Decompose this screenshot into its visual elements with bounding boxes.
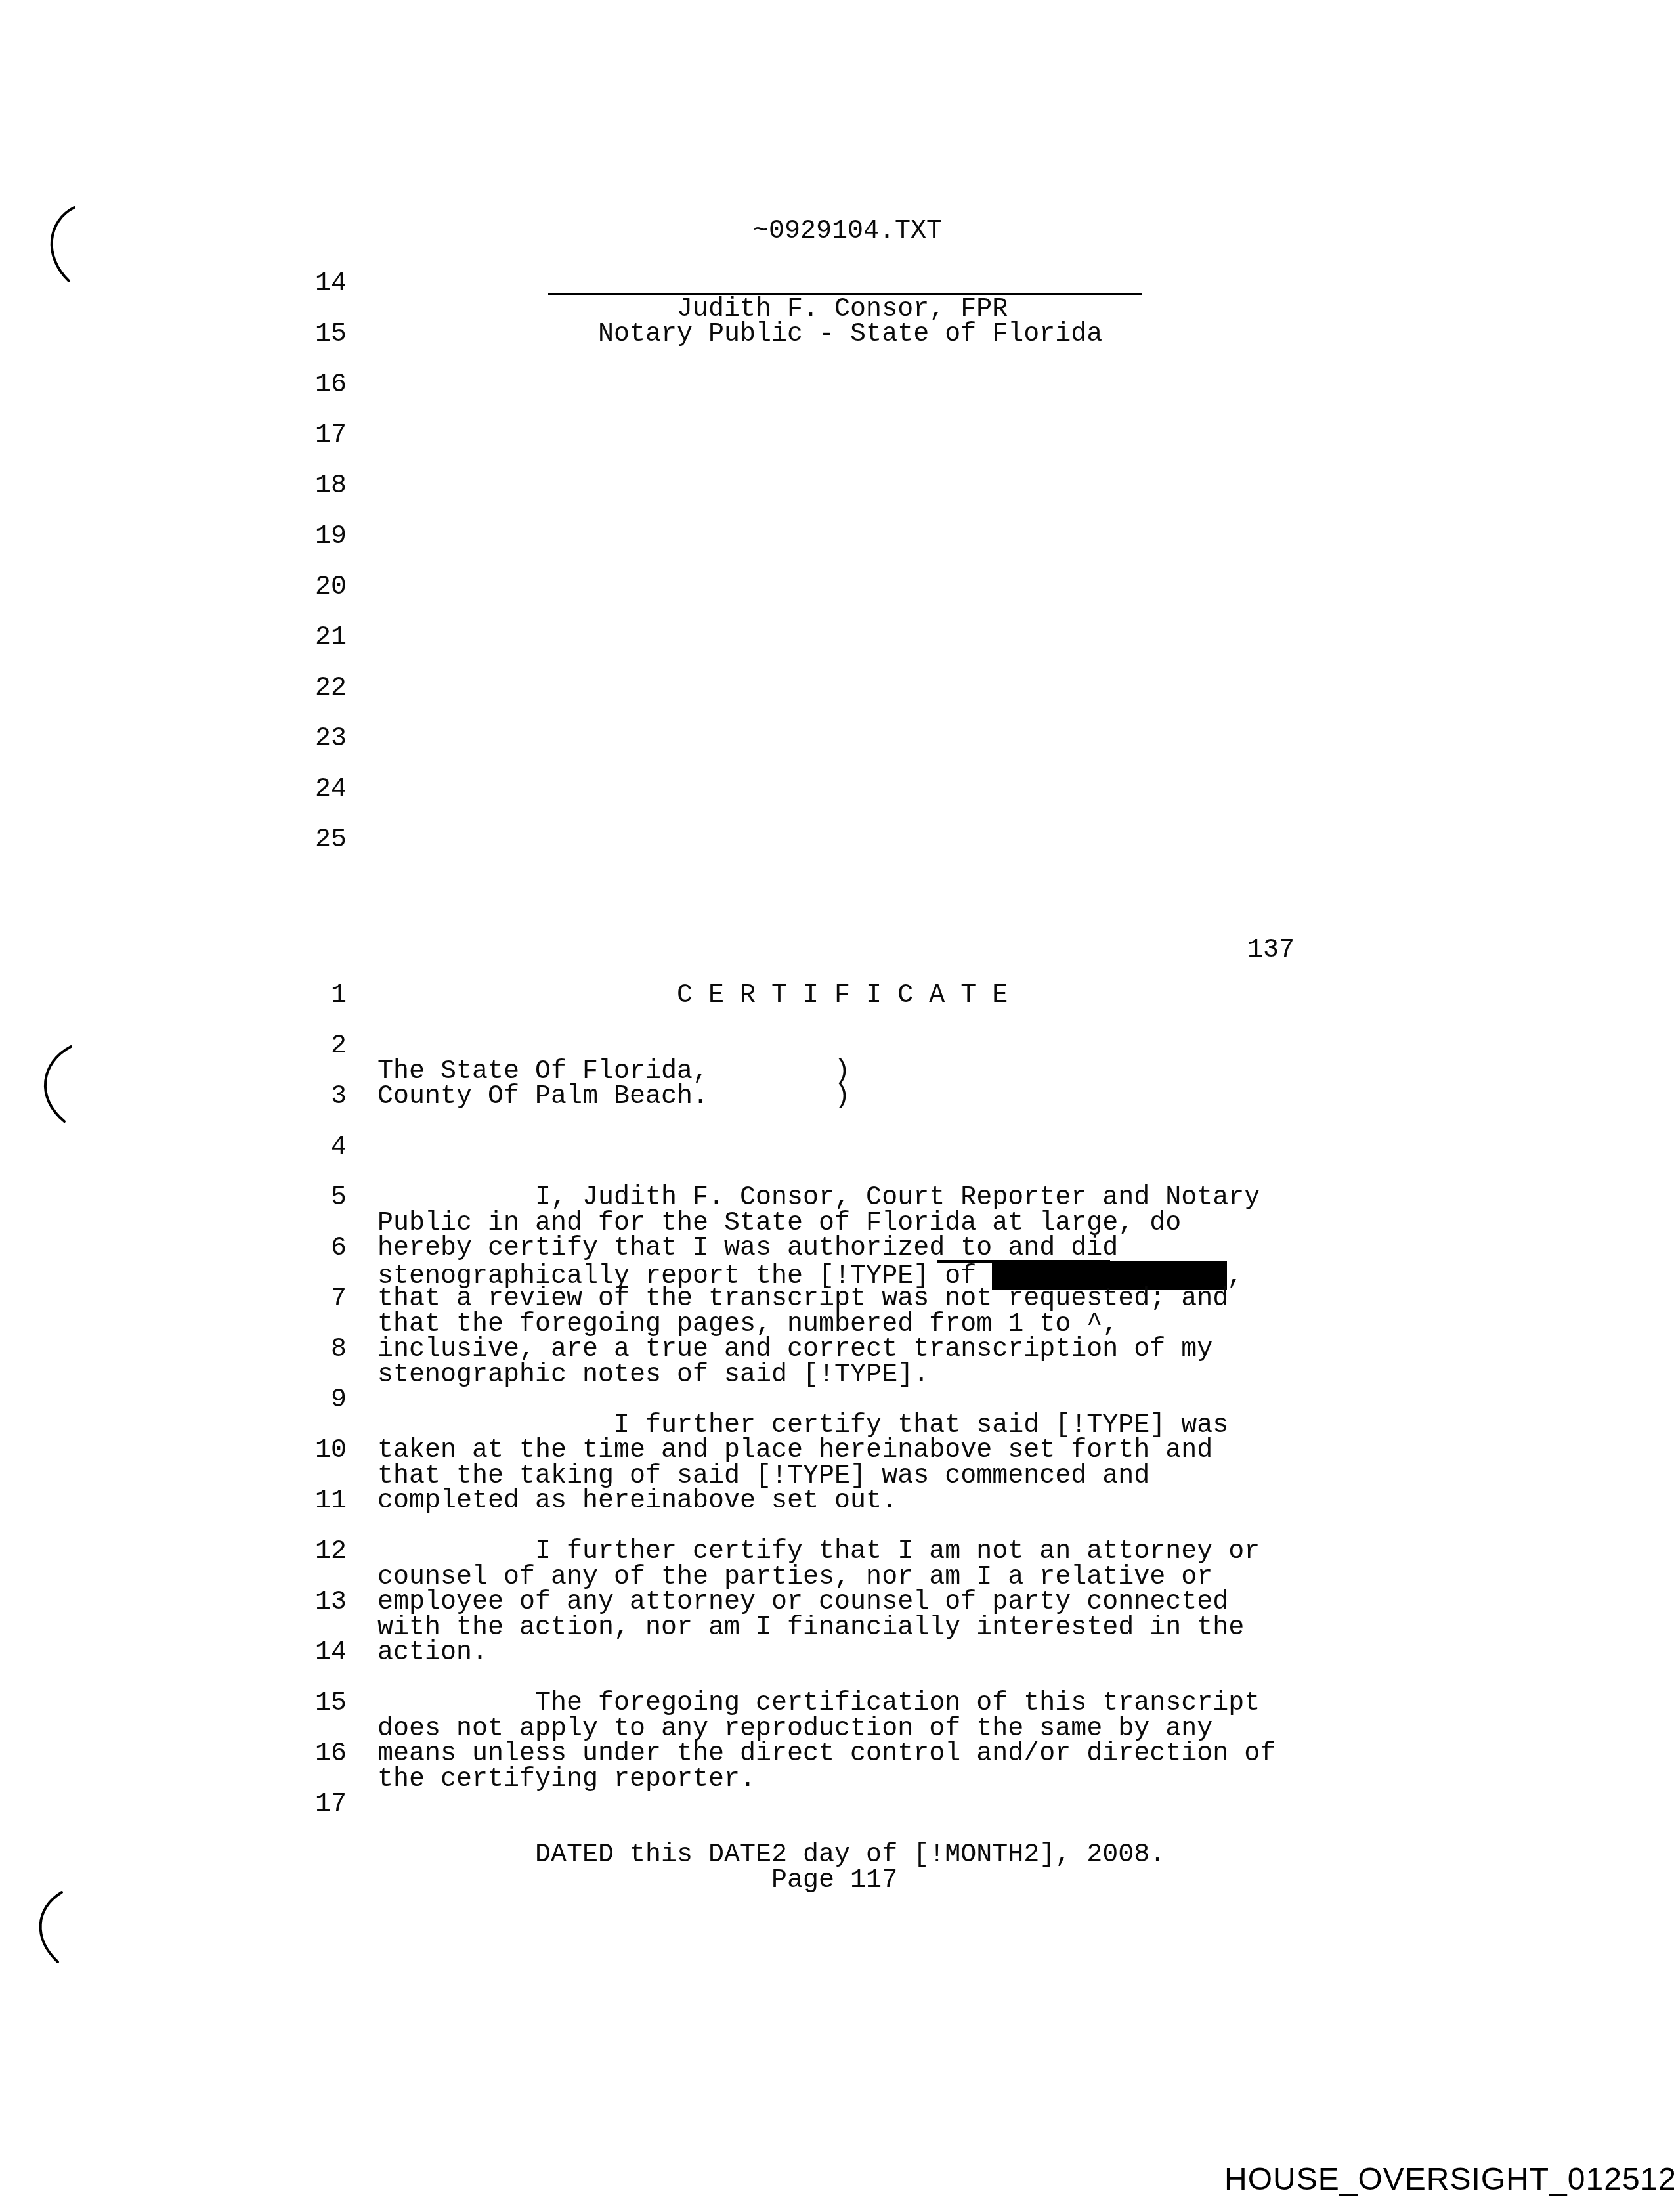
line-text: Page 117	[377, 1868, 897, 1894]
transcript-row: does not apply to any reproduction of th…	[289, 1716, 1674, 1743]
transcript-row: 21	[289, 625, 1674, 651]
line-text: I, Judith F. Consor, Court Reporter and …	[377, 1185, 1260, 1211]
transcript-row: that the taking of said [!TYPE] was comm…	[289, 1464, 1674, 1490]
line-number: 22	[289, 676, 347, 702]
line-text: completed as hereinabove set out.	[377, 1488, 897, 1515]
transcript-row: stenographic notes of said [!TYPE].	[289, 1362, 1674, 1389]
transcript-row: with the action, nor am I financially in…	[289, 1615, 1674, 1641]
transcript-row: 10taken at the time and place hereinabov…	[289, 1438, 1674, 1464]
transcript-row: 23	[289, 726, 1674, 752]
line-text: The State Of Florida, )	[377, 1059, 850, 1085]
transcript-row: 3County Of Palm Beach. )	[289, 1084, 1674, 1110]
line-number: 17	[289, 423, 347, 449]
transcript-row: 6hereby certify that I was authorized to…	[289, 1236, 1674, 1262]
line-text: that a review of the transcript was not …	[377, 1286, 1228, 1312]
line-number: 18	[289, 473, 347, 500]
transcript-row: 13employee of any attorney or counsel of…	[289, 1590, 1674, 1616]
line-text: that the taking of said [!TYPE] was comm…	[377, 1464, 1149, 1490]
transcript-row: Public in and for the State of Florida a…	[289, 1211, 1674, 1237]
line-text: the certifying reporter.	[377, 1767, 756, 1793]
transcript-row: 17	[289, 423, 1674, 449]
line-text: I further certify that said [!TYPE] was	[377, 1413, 1228, 1439]
transcript-row: I further certify that said [!TYPE] was	[289, 1413, 1674, 1439]
transcript-row: 18	[289, 473, 1674, 500]
line-number: 10	[289, 1438, 347, 1464]
transcript-row: 24	[289, 777, 1674, 803]
line-text: DATED this DATE2 day of [!MONTH2], 2008.	[377, 1842, 1165, 1869]
line-number: 11	[289, 1488, 347, 1515]
line-number: 5	[289, 1185, 347, 1211]
transcript-row: the certifying reporter.	[289, 1767, 1674, 1793]
transcript-row: 16means unless under the direct control …	[289, 1741, 1674, 1767]
scan-mark-arc-top	[36, 204, 77, 286]
line-number: 1	[289, 983, 347, 1009]
line-number: 8	[289, 1337, 347, 1363]
line-number: 16	[289, 1741, 347, 1767]
transcript-row: 17	[289, 1792, 1674, 1818]
transcript-row: 5 I, Judith F. Consor, Court Reporter an…	[289, 1185, 1674, 1211]
line-text: counsel of any of the parties, nor am I …	[377, 1565, 1213, 1591]
transcript-row: 15 Notary Public - State of Florida	[289, 322, 1674, 348]
transcript-row: 16	[289, 372, 1674, 399]
line-text: The foregoing certification of this tran…	[377, 1691, 1260, 1717]
line-number: 9	[289, 1387, 347, 1414]
transcript-row: 2	[289, 1033, 1674, 1060]
transcript-row: 25	[289, 827, 1674, 854]
scanned-transcript-page: ~0929104.TXT 137 14 Judith F. Consor, FP…	[0, 0, 1674, 2212]
transcript-row: Judith F. Consor, FPR	[289, 297, 1674, 323]
line-number: 21	[289, 625, 347, 651]
line-text: C E R T I F I C A T E	[377, 983, 1008, 1009]
transcript-row: 7that a review of the transcript was not…	[289, 1286, 1674, 1312]
line-number: 3	[289, 1084, 347, 1110]
line-number: 20	[289, 575, 347, 601]
line-number: 17	[289, 1792, 347, 1818]
line-text: hereby certify that I was authorized to …	[377, 1236, 1118, 1262]
line-text: I further certify that I am not an attor…	[377, 1539, 1260, 1565]
line-text: Public in and for the State of Florida a…	[377, 1211, 1181, 1237]
line-text: stenographic notes of said [!TYPE].	[377, 1362, 929, 1389]
scan-mark-arc-bottom	[29, 1888, 64, 1966]
line-number: 15	[289, 322, 347, 348]
transcript-row: 8inclusive, are a true and correct trans…	[289, 1337, 1674, 1363]
line-text: that the foregoing pages, numbered from …	[377, 1312, 1118, 1338]
line-text: Notary Public - State of Florida	[377, 322, 1102, 348]
line-text: means unless under the direct control an…	[377, 1741, 1276, 1767]
line-number: 4	[289, 1135, 347, 1161]
transcript-row: stenographically report the [!TYPE] of ,	[289, 1261, 1674, 1288]
line-number: 25	[289, 827, 347, 854]
line-text: Judith F. Consor, FPR	[377, 297, 1008, 323]
line-number: 15	[289, 1691, 347, 1717]
transcript-row: 12 I further certify that I am not an at…	[289, 1539, 1674, 1565]
transcript-row: Page 117	[289, 1868, 1674, 1894]
transcript-row: 22	[289, 676, 1674, 702]
transcript-row: The State Of Florida, )	[289, 1059, 1674, 1085]
line-number: 23	[289, 726, 347, 752]
header-filename: ~0929104.TXT	[11, 219, 1674, 245]
transcript-row: 1 C E R T I F I C A T E	[289, 983, 1674, 1009]
line-text: with the action, nor am I financially in…	[377, 1615, 1244, 1641]
line-number: 19	[289, 524, 347, 550]
line-number: 24	[289, 777, 347, 803]
transcript-row: 9	[289, 1387, 1674, 1414]
line-number: 6	[289, 1236, 347, 1262]
transcript-row: counsel of any of the parties, nor am I …	[289, 1565, 1674, 1591]
line-text: County Of Palm Beach. )	[377, 1084, 850, 1110]
transcript-row: 20	[289, 575, 1674, 601]
transcript-row: 14	[289, 271, 1674, 297]
line-text: action.	[377, 1640, 488, 1666]
line-number: 12	[289, 1539, 347, 1565]
line-number: 14	[289, 1640, 347, 1666]
bates-number: HOUSE_OVERSIGHT_012512	[1224, 2164, 1674, 2196]
line-number: 13	[289, 1590, 347, 1616]
line-text: does not apply to any reproduction of th…	[377, 1716, 1213, 1743]
transcript-row: 4	[289, 1135, 1674, 1161]
line-text: taken at the time and place hereinabove …	[377, 1438, 1213, 1464]
transcript-row: 19	[289, 524, 1674, 550]
transcript-row: that the foregoing pages, numbered from …	[289, 1312, 1674, 1338]
transcript-top-section: 14 Judith F. Consor, FPR15 Notary Public…	[289, 271, 1674, 928]
line-number: 16	[289, 372, 347, 399]
line-number: 2	[289, 1033, 347, 1060]
transcript-row: 14action.	[289, 1640, 1674, 1666]
scan-mark-arc-middle	[30, 1043, 75, 1127]
line-number: 14	[289, 271, 347, 297]
page-number-header: 137	[1247, 938, 1295, 964]
line-text: inclusive, are a true and correct transc…	[377, 1337, 1213, 1363]
certificate-section: 1 C E R T I F I C A T E2The State Of Flo…	[289, 983, 1674, 1968]
transcript-row: 11completed as hereinabove set out.	[289, 1488, 1674, 1515]
transcript-row: DATED this DATE2 day of [!MONTH2], 2008.	[289, 1842, 1674, 1869]
transcript-row: 15 The foregoing certification of this t…	[289, 1691, 1674, 1717]
line-number: 7	[289, 1286, 347, 1312]
line-text: employee of any attorney or counsel of p…	[377, 1590, 1228, 1616]
